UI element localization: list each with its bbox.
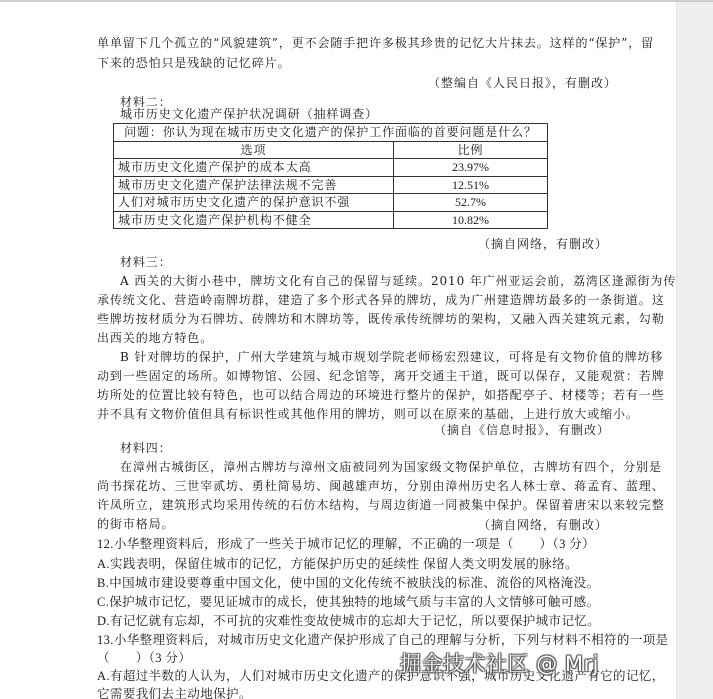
question12-stem: 12.小华整理资料后，形成了一些关于城市记忆的理解，不正确的一项是（ ）（3 分…	[97, 536, 595, 552]
table-question-row: 问题：你认为现在城市历史文化遗产的保护工作面临的首要问题是什么？	[114, 124, 548, 142]
question12-option-d: D.有记忆就有忘却，不可抗的灾难性变故使城市的忘却大于记忆，所以要保护城市记忆。	[97, 613, 600, 629]
material3-line: 些牌坊按材质分为石牌坊、砖牌坊和木牌坊等，既传承传统牌坊的架构，又融入西关建筑元…	[97, 311, 665, 327]
table-row: 城市历史文化遗产保护机构不健全 10.82%	[114, 211, 548, 229]
column-header-ratio: 比例	[394, 141, 548, 159]
ratio-cell: 52.7%	[394, 194, 548, 212]
option-cell: 人们对城市历史文化遗产的保护意识不强	[114, 194, 394, 212]
column-header-option: 选项	[114, 141, 394, 159]
material1-line: 单单留下几个孤立的“风貌建筑”，更不会随手把许多极其珍贵的记忆大片抹去。这样的“…	[97, 35, 654, 51]
material4-source: （摘自网络，有删改）	[478, 517, 608, 533]
material1-source: （整编自《人民日报》，有删改）	[428, 75, 617, 91]
question13-stem: 13.小华整理资料后，对城市历史文化遗产保护形成了自己的理解与分析，下列与材料不…	[97, 632, 669, 648]
material3-source: （摘自《信息时报》，有删改）	[434, 422, 610, 438]
ratio-cell: 10.82%	[394, 211, 548, 229]
survey-table: 问题：你认为现在城市历史文化遗产的保护工作面临的首要问题是什么？ 选项 比例 城…	[113, 123, 548, 229]
ratio-cell: 23.97%	[394, 159, 548, 177]
question12-option-c: C.保护城市记忆，要见证城市的成长，使其独特的地域气质与丰富的人文情够可触可感。	[97, 594, 599, 610]
table-header-row: 选项 比例	[114, 141, 548, 159]
question13-option-a-cont: 它需要我们去主动地保护。	[97, 686, 252, 699]
material3-line: 动到一些固定的场所。如博物馆、公园、纪念馆等，离开交通主干道，既可以保存，又能观…	[97, 368, 665, 384]
table-row: 城市历史文化遗产保护法律法规不完善 12.51%	[114, 176, 548, 194]
option-cell: 城市历史文化遗产保护的成本太高	[114, 159, 394, 177]
document-page: 单单留下几个孤立的“风貌建筑”，更不会随手把许多极其珍贵的记忆大片抹去。这样的“…	[0, 2, 677, 699]
material4-line: 尚书探花坊、三世宰贰坊、勇杜简易坊、闽越雄声坊，分别由漳州历史名人林士章、蒋孟育…	[97, 478, 665, 494]
table-title: 城市历史文化遗产保护状况调研（抽样调查）	[120, 106, 378, 122]
material3-line: B 针对牌坊的保护，广州大学建筑与城市规划学院老师杨宏烈建议，可将是有文物价值的…	[120, 349, 663, 365]
option-cell: 城市历史文化遗产保护机构不健全	[114, 211, 394, 229]
option-cell: 城市历史文化遗产保护法律法规不完善	[114, 176, 394, 194]
table-question: 问题：你认为现在城市历史文化遗产的保护工作面临的首要问题是什么？	[114, 124, 548, 142]
watermark: 掘金技术社区 @ Mrj	[400, 648, 599, 678]
table-row: 城市历史文化遗产保护的成本太高 23.97%	[114, 159, 548, 177]
material3-heading: 材料三：	[120, 254, 172, 270]
material3-line: 承传统文化、营造岭南牌坊群，建造了多个形式各异的牌坊，成为广州建造牌坊最多的一条…	[97, 292, 665, 308]
material1-line: 下来的恐怕只是残缺的记忆碎片。	[97, 55, 291, 71]
question12-option-a: A.实践表明，保留住城市的记忆，方能保护历史的延续性 保留人类文明发展的脉络。	[97, 556, 578, 572]
material4-line: 的街市格局。	[97, 516, 174, 532]
table-row: 人们对城市历史文化遗产的保护意识不强 52.7%	[114, 194, 548, 212]
question12-option-b: B.中国城市建设要尊重中国文化，使中国的文化传统不被肤浅的标准、流俗的风格淹没。	[97, 575, 599, 591]
material3-line: 出西关的地方特色。	[97, 330, 213, 346]
question13-stem-cont: （ ）（3 分）	[97, 650, 191, 666]
material3-line: 并不具有文物价值但具有标识性或其他作用的牌坊，则可以在原来的基础，上进行放大或缩…	[97, 406, 639, 422]
material2-source: （摘自网络，有删改）	[478, 236, 608, 252]
material4-heading: 材料四：	[120, 440, 172, 456]
material3-line: A 西关的大街小巷中，牌坊文化有自己的保留与延续。2010 年广州亚运会前，荔湾…	[120, 273, 676, 289]
material4-line: 许凤所立，建筑形式均采用传统的石仿木结构，与周边街道一同被集中保护。保留着唐宋以…	[97, 497, 665, 513]
material4-line: 在漳州古城街区，漳州古牌坊与漳州文庙被同列为国家级文物保护单位，古牌坊有四个，分…	[120, 459, 662, 475]
ratio-cell: 12.51%	[394, 176, 548, 194]
material3-line: 坊所处的位置比较有特色，也可以结合周边的环境进行整片的保护，如搭配亭子、材楼等；…	[97, 387, 665, 403]
